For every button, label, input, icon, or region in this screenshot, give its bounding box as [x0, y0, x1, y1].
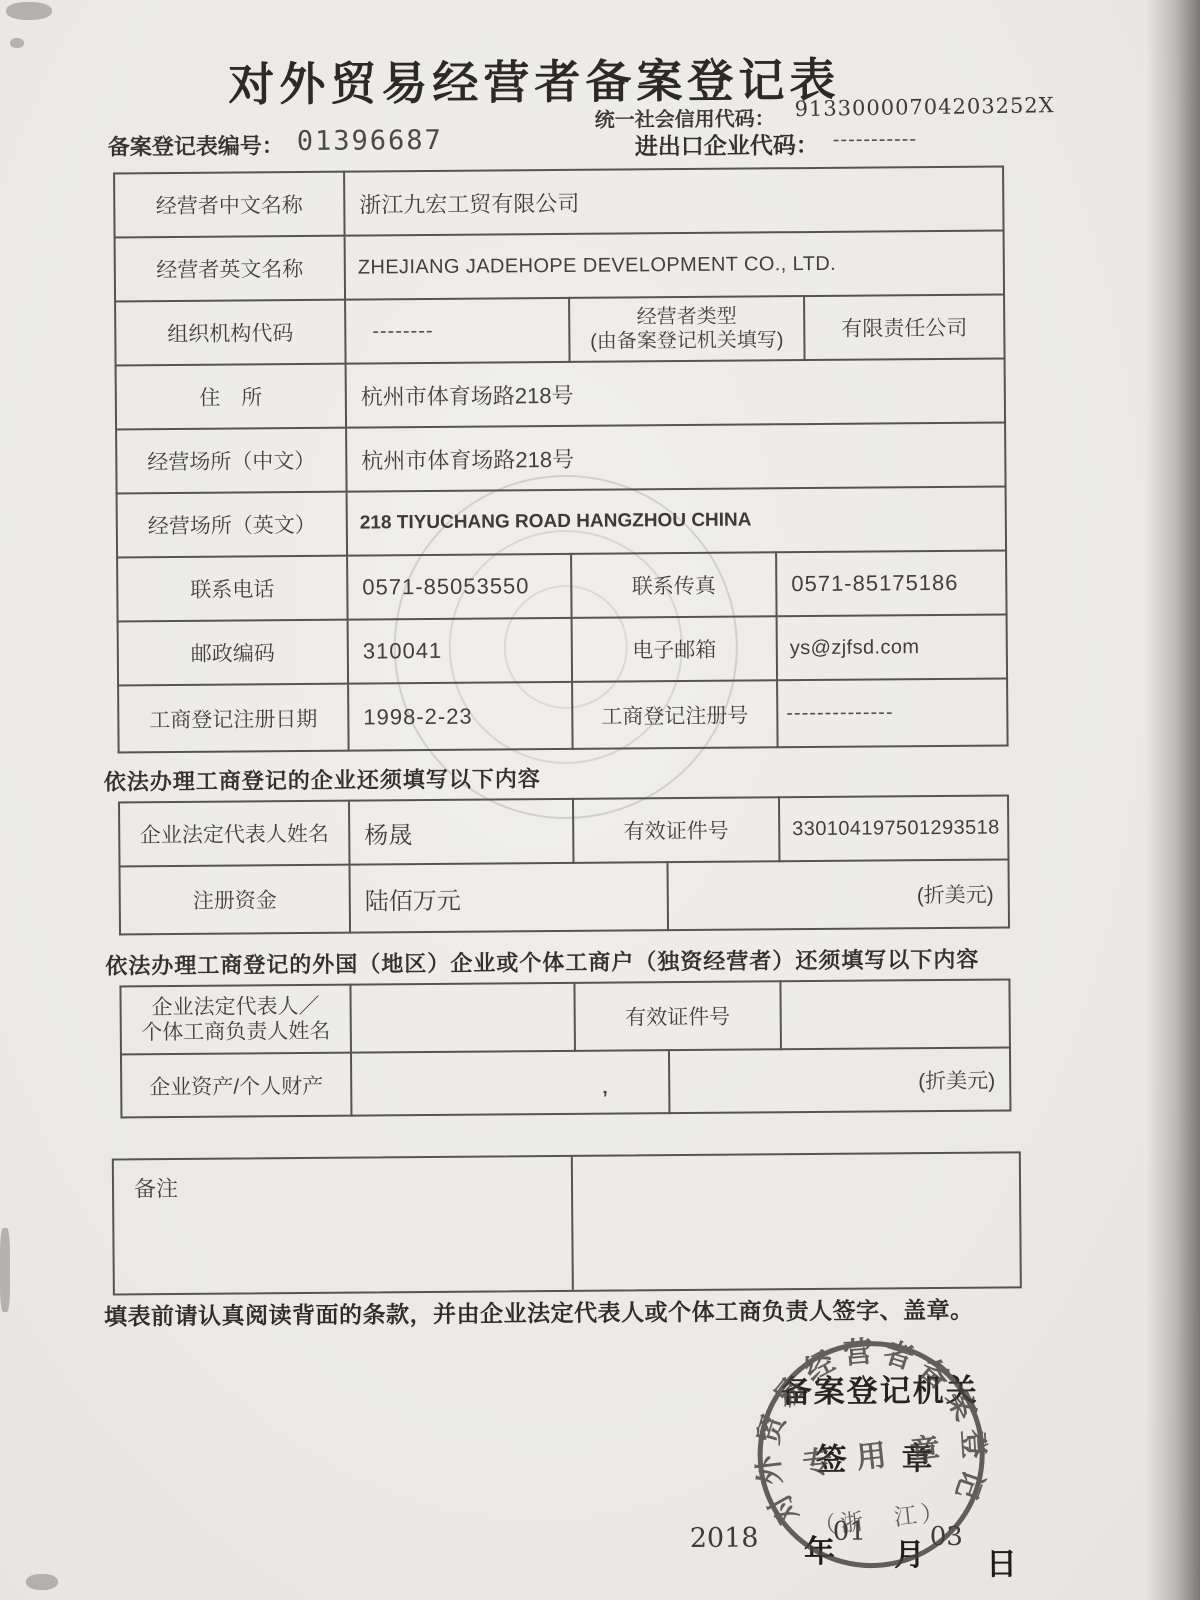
org-code-value: -------- [345, 298, 569, 364]
phone-label: 联系电话 [117, 556, 347, 622]
id-number-value: 330104197501293518 [779, 795, 1008, 861]
table-row: 经营者中文名称 浙江九宏工贸有限公司 [114, 167, 1003, 238]
email-label: 电子邮箱 [572, 616, 777, 682]
table-row: 组织机构代码 -------- 经营者类型 (由备案登记机关填写) 有限责任公司 [115, 294, 1004, 365]
en-name-label: 经营者英文名称 [115, 236, 345, 302]
fax-label: 联系传真 [571, 552, 776, 618]
section3-heading: 依法办理工商登记的外国（地区）企业或个体工商户（独资经营者）还须填写以下内容 [105, 943, 979, 981]
assets-usd-note: (折美元) [669, 1047, 1010, 1113]
form-number-label: 备案登记表编号： [108, 129, 284, 161]
scan-smudge [26, 1574, 58, 1590]
org-code-label: 组织机构代码 [115, 300, 345, 366]
table-row: 邮政编码 310041 电子邮箱 ys@zjfsd.com [118, 614, 1007, 685]
assets-label: 企业资产/个人财产 [121, 1053, 351, 1118]
foreign-rep-label-line2: 个体工商负责人姓名 [123, 1019, 349, 1046]
id-number-label: 有效证件号 [573, 797, 779, 863]
cn-name-label: 经营者中文名称 [114, 172, 344, 238]
table-row: 企业资产/个人财产 (折美元) [121, 1047, 1010, 1117]
premises-cn-value: 杭州市体育场路218号 [346, 422, 1005, 491]
registered-capital-value: 陆佰万元 [350, 862, 669, 932]
legal-rep-value: 杨晟 [349, 799, 573, 865]
seal-ring-text: 对外贸易经营者备案登记 [739, 1323, 997, 1536]
form-content: 对外贸易经营者备案登记表 统一社会信用代码： 91330000704203252… [0, 0, 1200, 1600]
foreign-rep-label: 企业法定代表人／ 个体工商负责人姓名 [120, 985, 351, 1055]
page-edge-shadow [1146, 0, 1200, 1600]
premises-en-label: 经营场所（英文） [117, 492, 347, 558]
table-row: 联系电话 0571-85053550 联系传真 0571-85175186 [117, 550, 1006, 621]
table-row: 工商登记注册日期 1998-2-23 工商登记注册号 -------------… [118, 678, 1008, 752]
scan-smudge [0, 1228, 10, 1312]
email-value: ys@zjfsd.com [777, 614, 1008, 680]
table-row: 住 所 杭州市体育场路218号 [116, 358, 1005, 429]
en-name-value: ZHEJIANG JADEHOPE DEVELOPMENT CO., LTD. [345, 230, 1004, 299]
table-row: 经营场所（中文） 杭州市体育场路218号 [116, 422, 1005, 493]
scan-smudge [10, 38, 24, 48]
address-value: 杭州市体育场路218号 [346, 358, 1005, 427]
zip-value: 310041 [348, 618, 572, 684]
operator-type-value: 有限责任公司 [804, 294, 1005, 360]
operator-type-label-line2: (由备案登记机关填写) [571, 328, 802, 354]
import-export-code-blank: ----------- [833, 128, 917, 152]
foreign-enterprise-table: 企业法定代表人／ 个体工商负责人姓名 有效证件号 企业资产/个人财产 (折美元) [119, 978, 1011, 1118]
seal-center-text: 专用章 [801, 1429, 966, 1481]
registered-capital-label: 注册资金 [120, 865, 351, 935]
operator-type-label: 经营者类型 (由备案登记机关填写) [569, 296, 804, 362]
operator-type-label-line1: 经营者类型 [571, 304, 802, 330]
scan-smudge [6, 2, 52, 20]
foreign-rep-label-line1: 企业法定代表人／ [123, 993, 349, 1020]
reg-no-label: 工商登记注册号 [572, 680, 778, 749]
foreign-id-value [780, 979, 1010, 1049]
scanned-registration-form-page: 对外贸易经营者备案登记表 统一社会信用代码： 91330000704203252… [0, 0, 1200, 1600]
usd-equivalent-note: (折美元) [667, 859, 1009, 930]
table-row: 注册资金 陆佰万元 (折美元) [120, 859, 1010, 934]
legal-rep-label: 企业法定代表人姓名 [119, 801, 349, 867]
reg-date-label: 工商登记注册日期 [118, 684, 349, 753]
table-row: 经营场所（英文） 218 TIYUCHANG ROAD HANGZHOU CHI… [117, 486, 1006, 557]
reg-date-value: 1998-2-23 [348, 682, 573, 751]
domestic-enterprise-table: 企业法定代表人姓名 杨晟 有效证件号 330104197501293518 注册… [118, 794, 1010, 935]
reg-no-value: -------------- [777, 678, 1008, 747]
form-number-value: 01396687 [297, 125, 443, 157]
assets-value [351, 1050, 669, 1115]
operator-info-table: 经营者中文名称 浙江九宏工贸有限公司 经营者英文名称 ZHEJIANG JADE… [113, 165, 1009, 753]
cn-name-value: 浙江九宏工贸有限公司 [344, 167, 1003, 236]
premises-en-value: 218 TIYUCHANG ROAD HANGZHOU CHINA [347, 486, 1006, 555]
remarks-divider [571, 1157, 574, 1290]
section2-heading: 依法办理工商登记的企业还须填写以下内容 [104, 762, 541, 796]
authority-seal-stamp: 对外贸易经营者备案登记 专用章 （浙 江） [735, 1319, 1007, 1591]
zip-label: 邮政编码 [118, 620, 348, 686]
address-label: 住 所 [116, 364, 346, 430]
table-row: 经营者英文名称 ZHEJIANG JADEHOPE DEVELOPMENT CO… [115, 230, 1004, 301]
stray-ink-mark: ’ [602, 1088, 608, 1111]
import-export-code-label: 进出口企业代码： [635, 127, 819, 161]
table-row: 企业法定代表人／ 个体工商负责人姓名 有效证件号 [120, 979, 1010, 1054]
premises-cn-label: 经营场所（中文） [116, 428, 346, 494]
foreign-id-label: 有效证件号 [574, 981, 781, 1051]
phone-value: 0571-85053550 [347, 554, 571, 620]
foreign-rep-value [350, 983, 575, 1053]
table-row: 企业法定代表人姓名 杨晟 有效证件号 330104197501293518 [119, 795, 1008, 866]
credit-code-value: 91330000704203252X [794, 93, 1054, 121]
remarks-label: 备注 [134, 1172, 178, 1203]
remarks-box: 备注 [112, 1151, 1022, 1295]
fax-value: 0571-85175186 [776, 550, 1007, 616]
seal-region-text: （浙 江） [812, 1498, 949, 1539]
